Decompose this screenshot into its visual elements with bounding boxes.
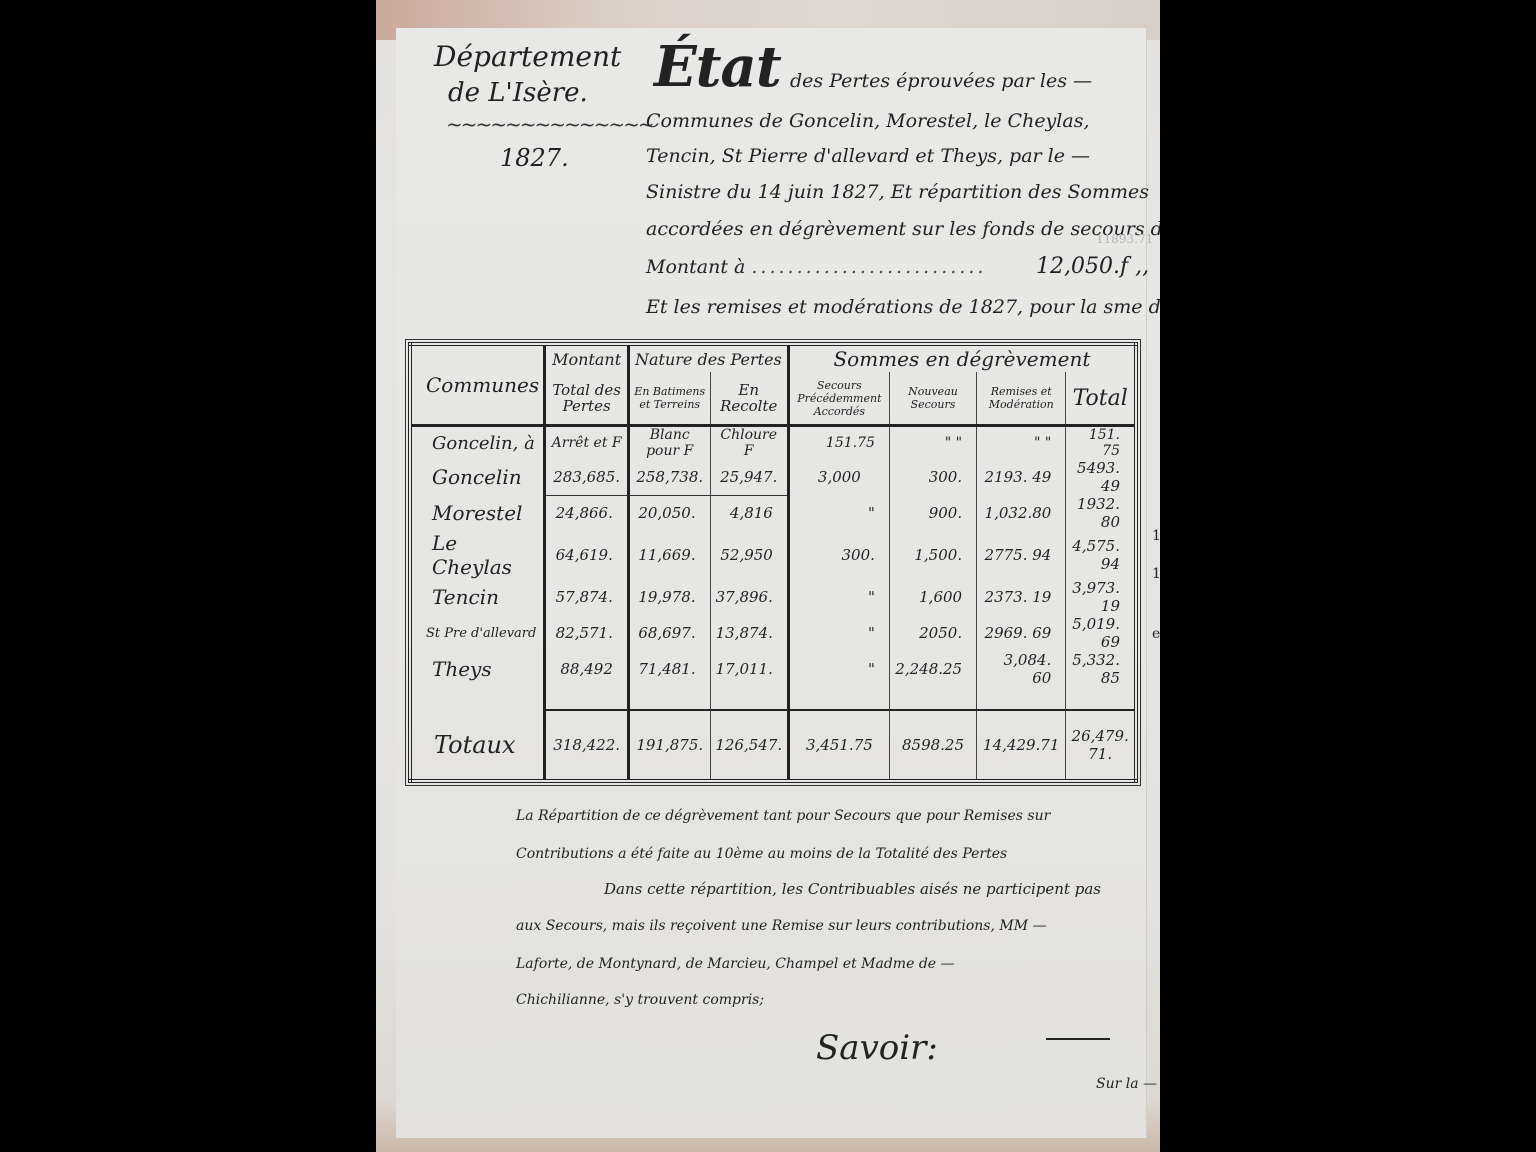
cell-remises: 2775. 94	[977, 531, 1066, 579]
col-total-pertes: Total des Pertes	[545, 372, 628, 426]
cell-secours-prec: 300.	[788, 531, 889, 579]
cell-total-pertes: 283,685.	[545, 459, 628, 495]
commune-name: St Pre d'allevard	[410, 615, 545, 651]
totals-rule	[410, 687, 1136, 710]
cell-total: 4,575. 94	[1066, 531, 1136, 579]
cell-recolte: 52,950	[710, 531, 788, 579]
pencil-annotation: 11893.71	[1096, 232, 1153, 246]
header-nature-pertes: Nature des Pertes	[628, 344, 788, 372]
cell-recolte: Chloure F	[710, 426, 788, 460]
cell-recolte: 17,011.	[710, 651, 788, 687]
cell-secours-prec: 151.75	[788, 426, 889, 460]
heading-line-5: accordées en dégrèvement sur les fonds d…	[646, 218, 1160, 240]
total-recolte: 126,547.	[710, 710, 788, 781]
table-row: Le Cheylas 64,619. 11,669. 52,950 300. 1…	[410, 531, 1136, 579]
cell-total: 5,332. 85	[1066, 651, 1136, 687]
cell-nouveau: 1,600	[889, 579, 976, 615]
table-row: St Pre d'allevard 82,571. 68,697. 13,874…	[410, 615, 1136, 651]
heading-line-4: Sinistre du 14 juin 1827, Et répartition…	[646, 181, 1149, 203]
cell-secours-prec: "	[788, 651, 889, 687]
commune-name: Tencin	[410, 579, 545, 615]
department-name: de L'Isère.	[448, 78, 588, 108]
col-secours-precedemment: Secours Précédemment Accordés	[788, 372, 889, 426]
table-row: Tencin 57,874. 19,978. 37,896. " 1,600 2…	[410, 579, 1136, 615]
footer-paragraph-6: Chichilianne, s'y trouvent compris;	[516, 992, 764, 1008]
commune-name: Theys	[410, 651, 545, 687]
cell-nouveau: 900.	[889, 495, 976, 531]
cell-nouveau: " "	[889, 426, 976, 460]
total-batimens: 191,875.	[628, 710, 710, 781]
total-remises: 14,429.71	[977, 710, 1066, 781]
footer-paragraph-2: Contributions a été faite au 10ème au mo…	[516, 846, 1007, 862]
leader-dots: ..........................	[751, 256, 986, 278]
ornament-flourish: ~~~~~~~~~~~~~~	[446, 112, 653, 136]
totals-label: Totaux	[410, 710, 545, 781]
document-year: 1827.	[500, 144, 569, 172]
montant-value: 12,050.f ,,	[1036, 254, 1149, 279]
savoir-heading: Savoir:	[816, 1028, 938, 1068]
cell-nouveau: 300.	[889, 459, 976, 495]
cell-total: 1932. 80	[1066, 495, 1136, 531]
heading-line-7: Et les remises et modérations de 1827, p…	[646, 296, 1160, 318]
commune-name: Le Cheylas	[410, 531, 545, 579]
cell-batimens: 258,738.	[628, 459, 710, 495]
col-batimens: En Batimens et Terreins	[628, 372, 710, 426]
document-photo: Département de L'Isère. ~~~~~~~~~~~~~~ 1…	[376, 0, 1160, 1152]
table-header-groups: Communes Montant Nature des Pertes Somme…	[410, 344, 1136, 372]
cell-nouveau: 2,248.25	[889, 651, 976, 687]
margin-mark: e	[1152, 626, 1160, 642]
document-title-word: État	[654, 34, 781, 100]
cell-secours-prec: "	[788, 579, 889, 615]
cell-recolte: 25,947.	[710, 459, 788, 495]
commune-name: Goncelin	[410, 459, 545, 495]
cell-nouveau: 2050.	[889, 615, 976, 651]
cell-batimens: 68,697.	[628, 615, 710, 651]
cell-remises: 1,032.80	[977, 495, 1066, 531]
heading-line-6: Montant à ..........................	[646, 256, 986, 278]
cell-total-pertes: Arrêt et F	[545, 426, 628, 460]
footer-paragraph-4: aux Secours, mais ils reçoivent une Remi…	[516, 918, 1047, 934]
cell-remises: 2193. 49	[977, 459, 1066, 495]
header-communes: Communes	[410, 344, 545, 426]
heading-line-1: des Pertes éprouvées par les —	[790, 70, 1092, 92]
table-row: Theys 88,492 71,481. 17,011. " 2,248.25 …	[410, 651, 1136, 687]
table-row: Morestel 24,866. 20,050. 4,816 " 900. 1,…	[410, 495, 1136, 531]
cell-recolte: 4,816	[710, 495, 788, 531]
total-total-pertes: 318,422.	[545, 710, 628, 781]
cell-remises: 2373. 19	[977, 579, 1066, 615]
table-row: Goncelin 283,685. 258,738. 25,947. 3,000…	[410, 459, 1136, 495]
totals-row: Totaux 318,422. 191,875. 126,547. 3,451.…	[410, 710, 1136, 781]
cell-total: 5,019. 69	[1066, 615, 1136, 651]
col-total: Total	[1066, 372, 1136, 426]
total-grand-total: 26,479. 71.	[1066, 710, 1136, 781]
cell-total-pertes: 64,619.	[545, 531, 628, 579]
cell-total-pertes: 82,571.	[545, 615, 628, 651]
margin-mark: 1	[1152, 566, 1160, 582]
total-secours-prec: 3,451.75	[788, 710, 889, 781]
cell-batimens: 20,050.	[628, 495, 710, 531]
commune-name: Morestel	[410, 495, 545, 531]
cell-total: 151. 75	[1066, 426, 1136, 460]
cell-secours-prec: "	[788, 495, 889, 531]
montant-label: Montant à	[646, 256, 745, 278]
footer-paragraph-3: Dans cette répartition, les Contribuable…	[604, 880, 1101, 898]
cell-remises: " "	[977, 426, 1066, 460]
department-label: Département	[434, 40, 621, 73]
header-sommes-degrevement: Sommes en dégrèvement	[788, 344, 1136, 372]
table-row: Goncelin, à Arrêt et F Blanc pour F Chlo…	[410, 426, 1136, 460]
cell-remises: 2969. 69	[977, 615, 1066, 651]
margin-mark: 1.	[1152, 528, 1160, 544]
catchword: Sur la —	[1096, 1076, 1157, 1092]
cell-batimens: 71,481.	[628, 651, 710, 687]
document-sheet: Département de L'Isère. ~~~~~~~~~~~~~~ 1…	[396, 28, 1146, 1138]
cell-recolte: 13,874.	[710, 615, 788, 651]
losses-table: Communes Montant Nature des Pertes Somme…	[408, 342, 1138, 783]
cell-nouveau: 1,500.	[889, 531, 976, 579]
cell-remises: 3,084. 60	[977, 651, 1066, 687]
cell-total-pertes: 57,874.	[545, 579, 628, 615]
savoir-dash	[1046, 1038, 1110, 1040]
cell-secours-prec: 3,000	[788, 459, 889, 495]
commune-name: Goncelin, à	[410, 426, 545, 460]
cell-total-pertes: 24,866.	[545, 495, 628, 531]
cell-total-pertes: 88,492	[545, 651, 628, 687]
heading-line-2: Communes de Goncelin, Morestel, le Cheyl…	[646, 110, 1090, 132]
col-remises-moderation: Remises et Modération	[977, 372, 1066, 426]
cell-batimens: 19,978.	[628, 579, 710, 615]
heading-line-3: Tencin, St Pierre d'allevard et Theys, p…	[646, 145, 1090, 167]
total-nouveau: 8598.25	[889, 710, 976, 781]
cell-total: 5493. 49	[1066, 459, 1136, 495]
cell-batimens: 11,669.	[628, 531, 710, 579]
footer-paragraph-1: La Répartition de ce dégrèvement tant po…	[516, 808, 1050, 824]
cell-batimens: Blanc pour F	[628, 426, 710, 460]
footer-paragraph-5: Laforte, de Montynard, de Marcieu, Champ…	[516, 956, 955, 972]
col-recolte: En Recolte	[710, 372, 788, 426]
cell-total: 3,973. 19	[1066, 579, 1136, 615]
cell-secours-prec: "	[788, 615, 889, 651]
col-nouveau-secours: Nouveau Secours	[889, 372, 976, 426]
cell-recolte: 37,896.	[710, 579, 788, 615]
header-montant: Montant	[545, 344, 628, 372]
